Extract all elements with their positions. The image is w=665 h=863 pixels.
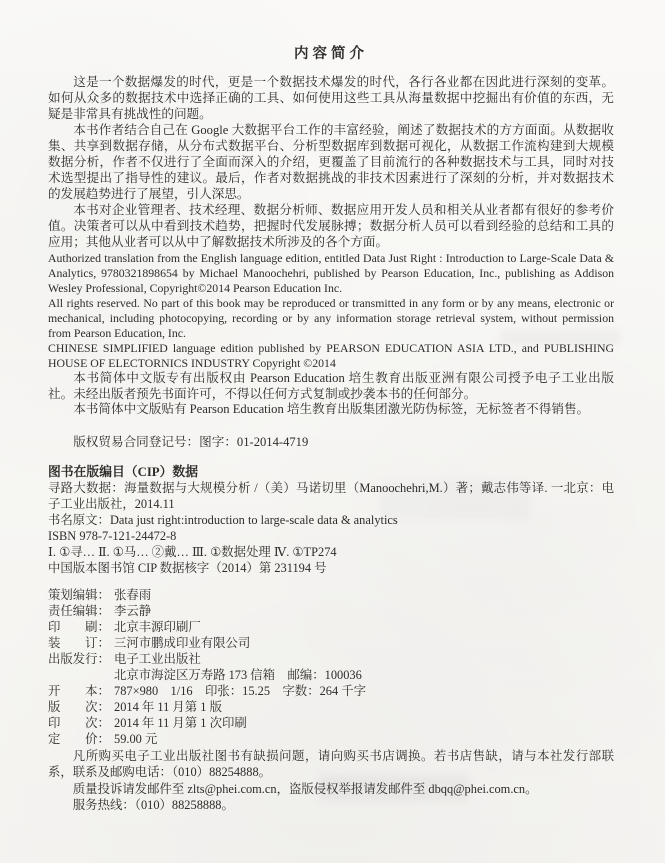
chinese-license-section: 本书简体中文版专有出版权由 Pearson Education 培生教育出版亚洲… (48, 371, 614, 418)
colophon-label: 定 价： (48, 731, 114, 747)
colophon-value: 李云静 (114, 604, 151, 618)
cip-line: Ⅰ. ①寻… Ⅱ. ①马… ②戴… Ⅲ. ①数据处理 Ⅳ. ①TP274 (48, 544, 614, 560)
cip-line: 中国版本图书馆 CIP 数据核字（2014）第 231194 号 (48, 560, 614, 576)
colophon-label: 印 次： (48, 715, 114, 731)
notice-line: 质量投诉请发邮件至 zlts@phei.com.cn，盗版侵权举报请发邮件至 d… (48, 781, 614, 798)
colophon-value: 北京丰源印刷厂 (114, 620, 201, 634)
summary-paragraph: 本书对企业管理者、技术经理、数据分析师、数据应用开发人员和相关从业者都有很好的参… (48, 202, 614, 250)
colophon-value: 张春雨 (114, 588, 151, 602)
colophon-row: 策划编辑：张春雨 (48, 587, 614, 603)
license-paragraph-en: All rights reserved. No part of this boo… (48, 296, 614, 341)
notice-line: 凡所购买电子工业出版社图书有缺损问题，请向购买书店调换。若书店售缺，请与本社发行… (48, 748, 614, 781)
colophon-label: 印 刷： (48, 619, 114, 635)
cip-heading: 图书在版编目（CIP）数据 (48, 464, 614, 480)
colophon-row: 出版发行：电子工业出版社 (48, 651, 614, 667)
license-paragraph-cn: 本书简体中文版专有出版权由 Pearson Education 培生教育出版亚洲… (48, 371, 614, 402)
colophon-section: 策划编辑：张春雨 责任编辑：李云静 印 刷：北京丰源印刷厂 装 订：三河市鹏成印… (48, 587, 614, 747)
content-summary-section: 这是一个数据爆发的时代，更是一个数据技术爆发的时代，各行各业都在因此进行深刻的变… (48, 74, 614, 250)
colophon-row: 责任编辑：李云静 (48, 603, 614, 619)
license-paragraph-cn: 本书简体中文版贴有 Pearson Education 培生教育出版集团激光防伪… (48, 402, 614, 418)
cip-line: 书名原文：Data just right:introduction to lar… (48, 512, 614, 528)
copyright-registration-line: 版权贸易合同登记号：图字：01-2014-4719 (48, 434, 614, 450)
summary-paragraph: 这是一个数据爆发的时代，更是一个数据技术爆发的时代，各行各业都在因此进行深刻的变… (48, 74, 614, 122)
colophon-label: 版 次： (48, 699, 114, 715)
colophon-value: 59.00 元 (114, 732, 157, 746)
colophon-row: 开 本：787×980 1/16 印张：15.25 字数：264 千字 (48, 683, 614, 699)
colophon-row: 定 价：59.00 元 (48, 731, 614, 747)
colophon-label: 策划编辑： (48, 587, 114, 603)
colophon-row: 印 次：2014 年 11 月第 1 次印刷 (48, 715, 614, 731)
license-paragraph-en: CHINESE SIMPLIFIED language edition publ… (48, 341, 614, 371)
colophon-row: 版 次：2014 年 11 月第 1 版 (48, 699, 614, 715)
colophon-label: 装 订： (48, 635, 114, 651)
colophon-value: 787×980 1/16 印张：15.25 字数：264 千字 (114, 684, 366, 698)
cip-line: 寻路大数据：海量数据与大规模分析 /（美）马诺切里（Manoochehri,M.… (48, 480, 614, 512)
colophon-value: 2014 年 11 月第 1 版 (114, 700, 222, 714)
content-summary-title: 内容简介 (48, 42, 614, 63)
colophon-label: 开 本： (48, 683, 114, 699)
colophon-row: 印 刷：北京丰源印刷厂 (48, 619, 614, 635)
colophon-value: 2014 年 11 月第 1 次印刷 (114, 716, 247, 730)
colophon-value: 三河市鹏成印业有限公司 (114, 636, 250, 650)
english-license-section: Authorized translation from the English … (48, 251, 614, 371)
colophon-value: 电子工业出版社 (114, 652, 201, 666)
page-content: 内容简介 这是一个数据爆发的时代，更是一个数据技术爆发的时代，各行各业都在因此进… (48, 42, 614, 814)
colophon-label: 责任编辑： (48, 603, 114, 619)
colophon-row: 北京市海淀区万寿路 173 信箱 邮编：100036 (48, 667, 614, 683)
notice-line: 服务热线：（010）88258888。 (48, 797, 614, 814)
colophon-label: 出版发行： (48, 651, 114, 667)
purchase-notice-section: 凡所购买电子工业出版社图书有缺损问题，请向购买书店调换。若书店售缺，请与本社发行… (48, 748, 614, 814)
cip-data-section: 寻路大数据：海量数据与大规模分析 /（美）马诺切里（Manoochehri,M.… (48, 480, 614, 576)
colophon-value: 北京市海淀区万寿路 173 信箱 邮编：100036 (114, 668, 362, 682)
license-paragraph-en: Authorized translation from the English … (48, 251, 614, 296)
scanned-copyright-page: { "intro": { "title": "内容简介", "paragraph… (0, 0, 665, 863)
summary-paragraph: 本书作者结合自己在 Google 大数据平台工作的丰富经验，阐述了数据技术的方方… (48, 122, 614, 202)
colophon-row: 装 订：三河市鹏成印业有限公司 (48, 635, 614, 651)
cip-line: ISBN 978-7-121-24472-8 (48, 528, 614, 544)
